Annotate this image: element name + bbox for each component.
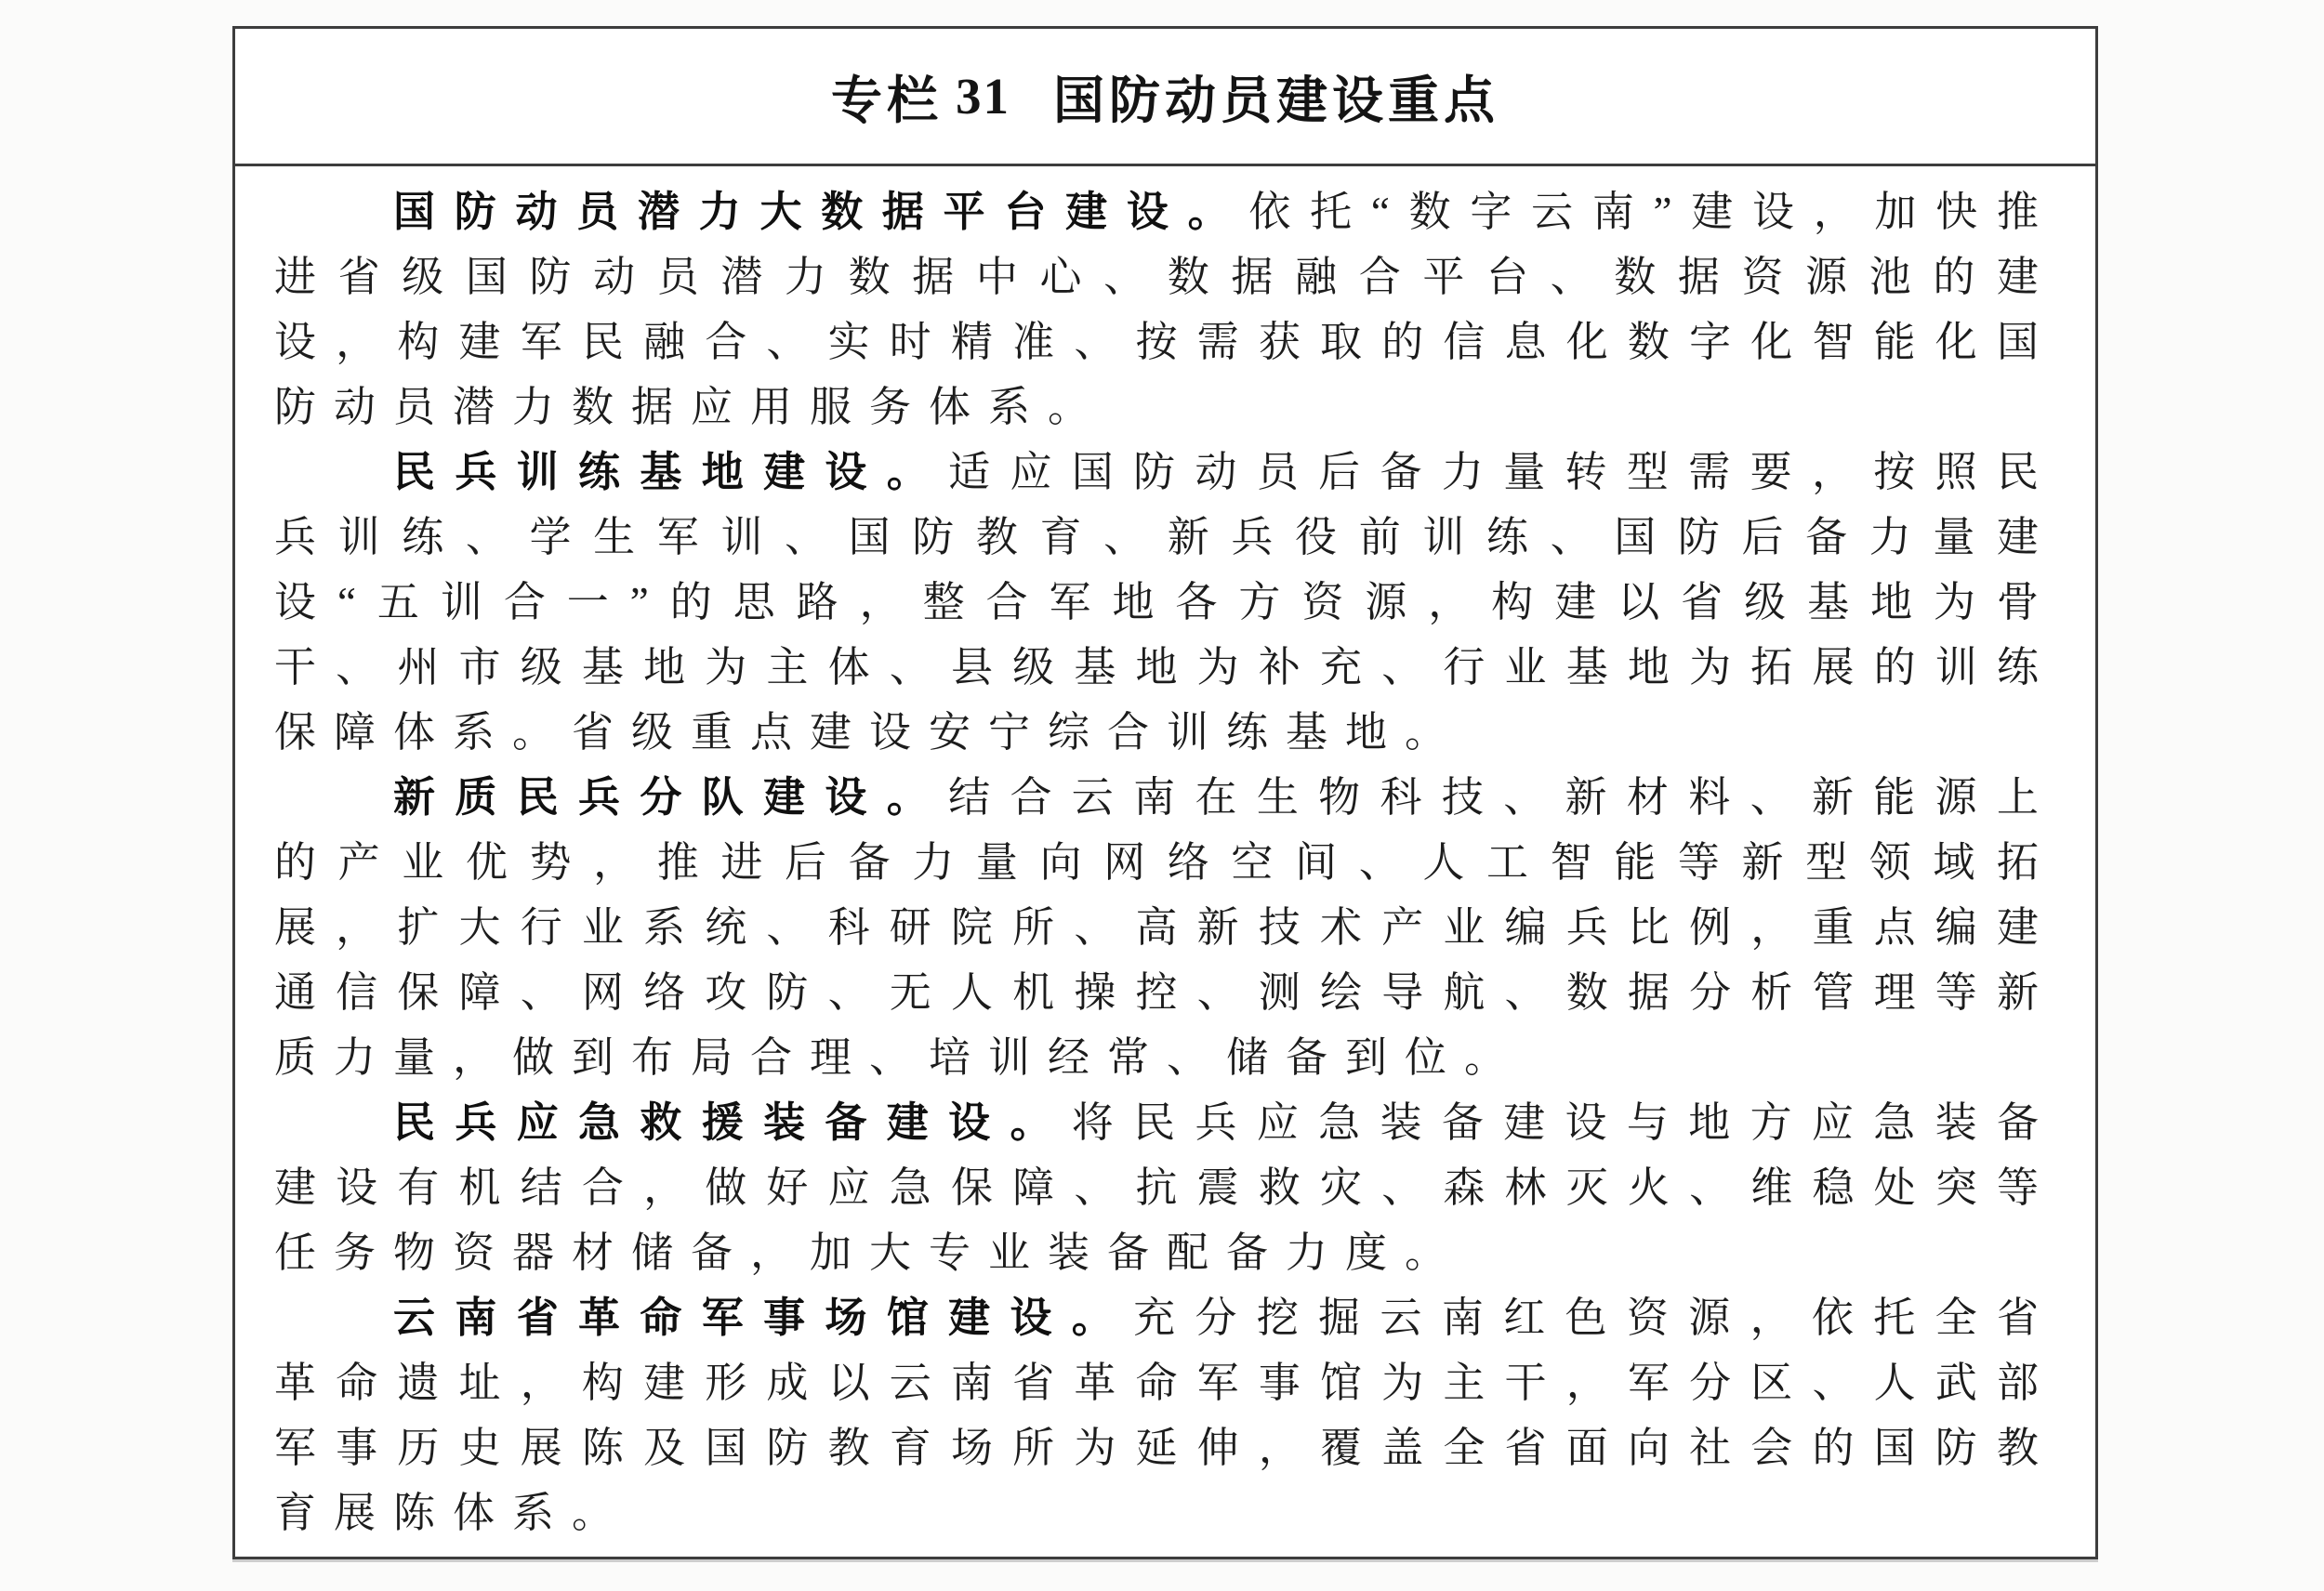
paragraph: 国防动员潜力大数据平台建设。依托“数字云南”建设，加快推进省级国防动员潜力数据中… <box>274 179 2056 440</box>
column-body: 国防动员潜力大数据平台建设。依托“数字云南”建设，加快推进省级国防动员潜力数据中… <box>235 166 2095 1545</box>
paragraph-lead: 新质民兵分队建设。 <box>393 773 948 821</box>
paragraph-lead: 民兵训练基地建设。 <box>393 448 948 495</box>
column-title-label: 专栏 <box>831 59 943 133</box>
column-title-bar: 专栏 31 国防动员建设重点 <box>235 29 2095 166</box>
paragraph: 民兵应急救援装备建设。将民兵应急装备建设与地方应急装备建设有机结合，做好应急保障… <box>274 1090 2056 1285</box>
column-title-number: 31 <box>956 67 1010 125</box>
paragraph: 民兵训练基地建设。适应国防动员后备力量转型需要，按照民兵训练、学生军训、国防教育… <box>274 440 2056 765</box>
paragraph-lead: 民兵应急救援装备建设。 <box>393 1098 1072 1146</box>
paragraph-lead: 国防动员潜力大数据平台建设。 <box>393 188 1248 235</box>
column-title-heading: 国防动员建设重点 <box>1053 59 1499 133</box>
paragraph: 新质民兵分队建设。结合云南在生物科技、新材料、新能源上的产业优势，推进后备力量向… <box>274 765 2056 1090</box>
paragraph-lead: 云南省革命军事场馆建设。 <box>393 1294 1133 1341</box>
paragraph: 云南省革命军事场馆建设。充分挖掘云南红色资源，依托全省革命遗址，构建形成以云南省… <box>274 1285 2056 1545</box>
column-panel: 专栏 31 国防动员建设重点 国防动员潜力大数据平台建设。依托“数字云南”建设，… <box>232 26 2098 1559</box>
